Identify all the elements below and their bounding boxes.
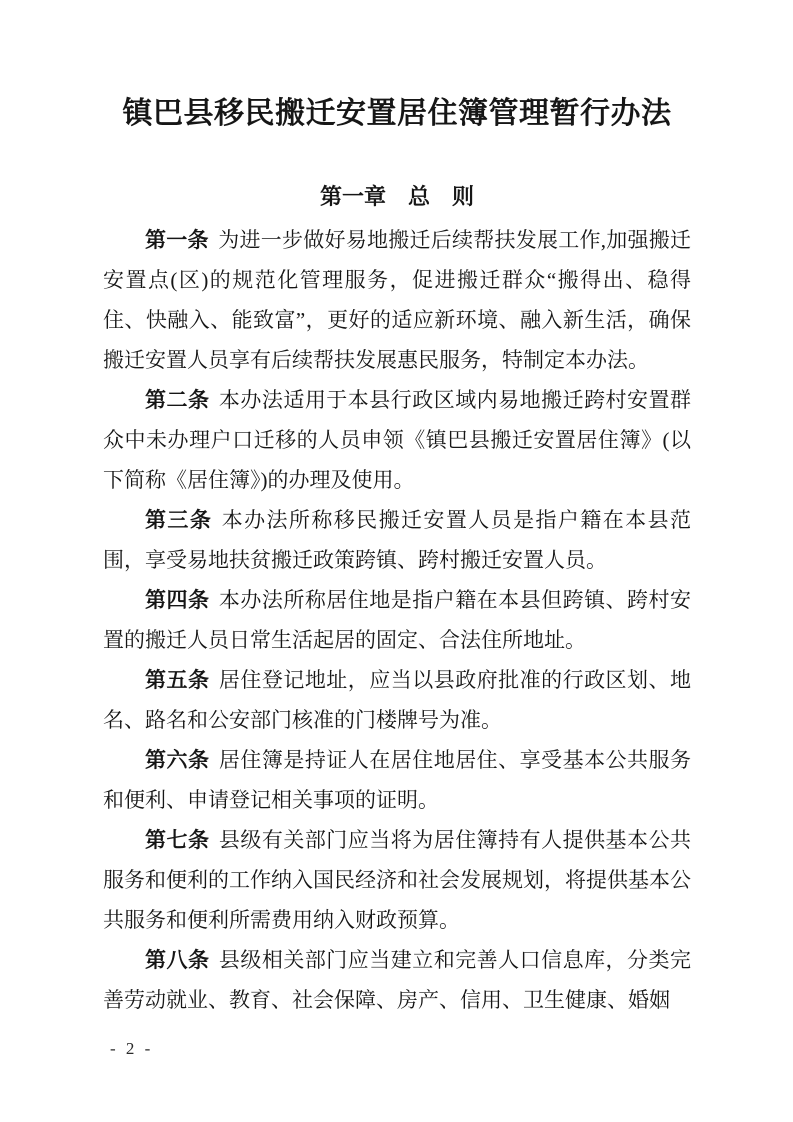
document-title: 镇巴县移民搬迁安置居住簿管理暂行办法 <box>103 94 691 134</box>
article-4: 第四条本办法所称居住地是指户籍在本县但跨镇、跨村安置的搬迁人员日常生活起居的固定… <box>103 580 691 660</box>
article-8: 第八条县级相关部门应当建立和完善人口信息库，分类完善劳动就业、教育、社会保障、房… <box>103 940 691 1020</box>
article-2: 第二条本办法适用于本县行政区域内易地搬迁跨村安置群众中未办理户口迁移的人员申领《… <box>103 380 691 500</box>
article-4-label: 第四条 <box>145 588 209 612</box>
article-6: 第六条居住簿是持证人在居住地居住、享受基本公共服务和便利、申请登记相关事项的证明… <box>103 740 691 820</box>
article-5: 第五条居住登记地址，应当以县政府批准的行政区划、地名、路名和公安部门核准的门楼牌… <box>103 660 691 740</box>
articles-section: 第一条为进一步做好易地搬迁后续帮扶发展工作,加强搬迁安置点(区)的规范化管理服务… <box>103 220 691 1020</box>
document-page: 镇巴县移民搬迁安置居住簿管理暂行办法 第一章 总 则 第一条为进一步做好易地搬迁… <box>0 0 793 1122</box>
article-1: 第一条为进一步做好易地搬迁后续帮扶发展工作,加强搬迁安置点(区)的规范化管理服务… <box>103 220 691 380</box>
article-7: 第七条县级有关部门应当将为居住簿持有人提供基本公共服务和便利的工作纳入国民经济和… <box>103 820 691 940</box>
article-7-label: 第七条 <box>145 828 209 852</box>
document-content: 镇巴县移民搬迁安置居住簿管理暂行办法 第一章 总 则 第一条为进一步做好易地搬迁… <box>103 0 691 1020</box>
article-3-label: 第三条 <box>145 508 212 532</box>
article-5-label: 第五条 <box>145 668 209 692</box>
article-2-label: 第二条 <box>145 388 209 412</box>
chapter-heading: 第一章 总 则 <box>103 184 691 210</box>
article-3: 第三条本办法所称移民搬迁安置人员是指户籍在本县范围，享受易地扶贫搬迁政策跨镇、跨… <box>103 500 691 580</box>
article-6-label: 第六条 <box>145 748 209 772</box>
article-1-label: 第一条 <box>145 228 209 252</box>
page-number: - 2 - <box>110 1038 153 1060</box>
article-8-label: 第八条 <box>145 948 209 972</box>
